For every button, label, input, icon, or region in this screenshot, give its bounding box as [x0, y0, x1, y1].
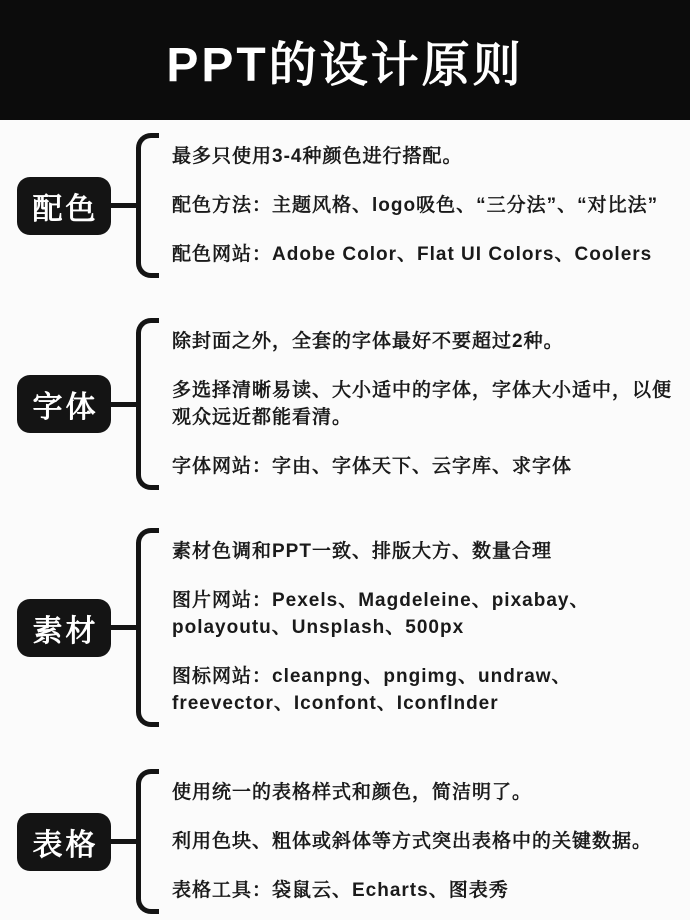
section-line: 配色方法：主题风格、logo吸色、“三分法”、“对比法”: [172, 192, 686, 219]
bracket-icon: [136, 133, 159, 278]
section-font: 字体 除封面之外，全套的字体最好不要超过2种。 多选择清晰易读、大小适中的字体，…: [17, 318, 686, 490]
section-text-list: 素材色调和PPT一致、排版大方、数量合理 图片网站：Pexels、Magdele…: [159, 528, 686, 727]
section-text-list: 使用统一的表格样式和颜色，简洁明了。 利用色块、粗体或斜体等方式突出表格中的关键…: [159, 769, 686, 914]
section-label-material: 素材: [17, 599, 111, 657]
section-line: 配色网站：Adobe Color、Flat UI Colors、Coolers: [172, 241, 686, 268]
section-line: 利用色块、粗体或斜体等方式突出表格中的关键数据。: [172, 828, 686, 855]
section-label-color-scheme: 配色: [17, 177, 111, 235]
section-line: 使用统一的表格样式和颜色，简洁明了。: [172, 779, 686, 806]
section-label-font: 字体: [17, 375, 111, 433]
bracket-icon: [136, 769, 159, 914]
section-line: 图片网站：Pexels、Magdeleine、pixabay、 polayout…: [172, 587, 686, 641]
bracket-icon: [136, 318, 159, 490]
section-line: 最多只使用3-4种颜色进行搭配。: [172, 143, 686, 170]
section-line: 表格工具：袋鼠云、Echarts、图表秀: [172, 877, 686, 904]
section-line: 素材色调和PPT一致、排版大方、数量合理: [172, 538, 686, 565]
section-text-list: 最多只使用3-4种颜色进行搭配。 配色方法：主题风格、logo吸色、“三分法”、…: [159, 133, 686, 278]
bracket-icon: [136, 528, 159, 727]
section-line: 多选择清晰易读、大小适中的字体，字体大小适中，以便 观众远近都能看清。: [172, 377, 686, 431]
section-line: 除封面之外，全套的字体最好不要超过2种。: [172, 328, 686, 355]
section-material: 素材 素材色调和PPT一致、排版大方、数量合理 图片网站：Pexels、Magd…: [17, 528, 686, 727]
section-line: 图标网站：cleanpng、pngimg、undraw、 freevector、…: [172, 663, 686, 717]
section-table: 表格 使用统一的表格样式和颜色，简洁明了。 利用色块、粗体或斜体等方式突出表格中…: [17, 769, 686, 914]
section-label-table: 表格: [17, 813, 111, 871]
section-text-list: 除封面之外，全套的字体最好不要超过2种。 多选择清晰易读、大小适中的字体，字体大…: [159, 318, 686, 490]
header-bar: PPT的设计原则: [0, 0, 690, 120]
section-color-scheme: 配色 最多只使用3-4种颜色进行搭配。 配色方法：主题风格、logo吸色、“三分…: [17, 133, 686, 278]
section-line: 字体网站：字由、字体天下、云字库、求字体: [172, 453, 686, 480]
page-title: PPT的设计原则: [166, 26, 523, 95]
